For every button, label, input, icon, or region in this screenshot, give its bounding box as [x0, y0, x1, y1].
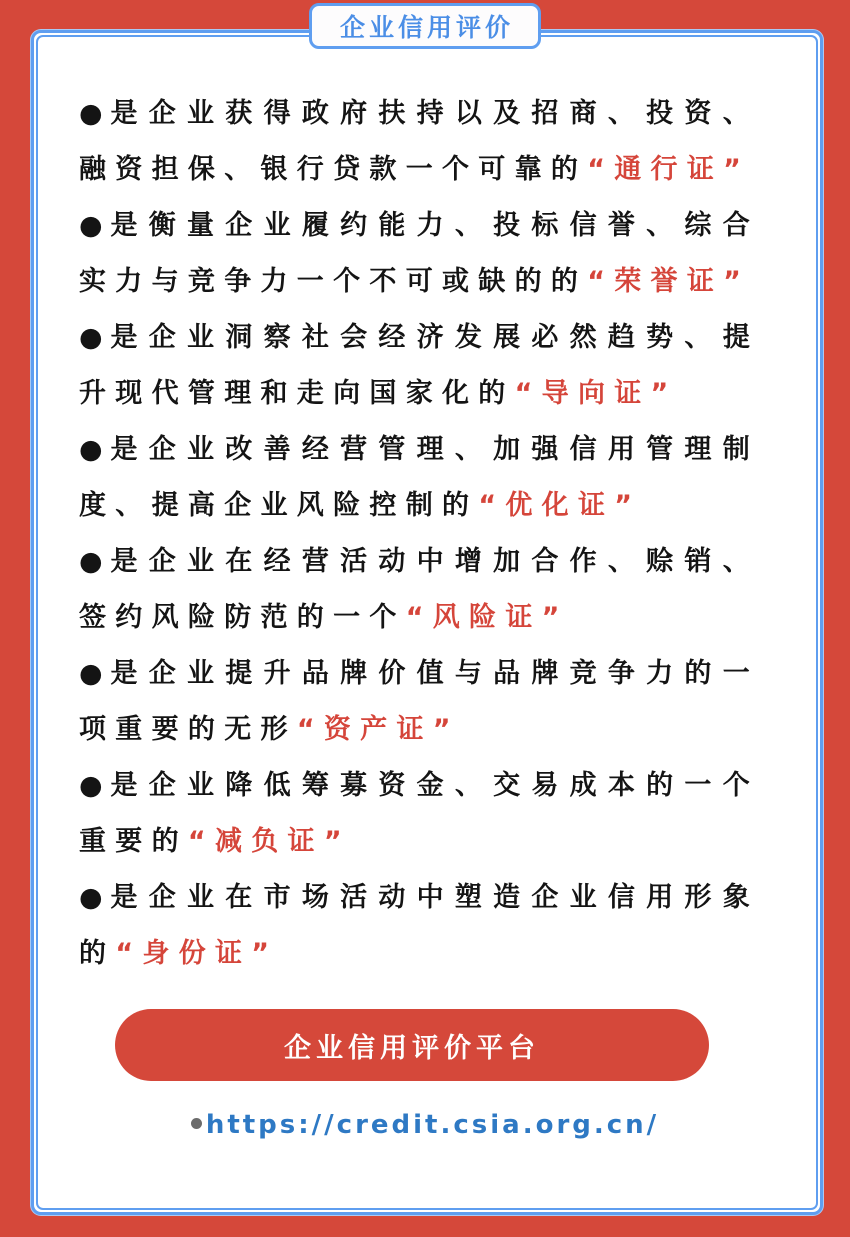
bullet-icon: ●: [79, 98, 105, 129]
bullet-icon: ●: [79, 434, 105, 465]
item-highlight: “风险证”: [406, 602, 569, 633]
bullet-icon: ●: [79, 658, 105, 689]
bullet-icon: ●: [79, 322, 105, 353]
website-link-row: https://credit.csia.org.cn/: [0, 1110, 850, 1140]
item-highlight: “通行证”: [587, 154, 750, 185]
credit-platform-button-label: 企业信用评价平台: [284, 1026, 540, 1065]
benefits-list: ●是企业获得政府扶持以及招商、投资、融资担保、银行贷款一个可靠的“通行证” ●是…: [79, 86, 759, 982]
title-badge: 企业信用评价: [309, 3, 541, 49]
item-text: 是企业降低筹募资金、交易成本的一个重要的: [79, 770, 759, 857]
page-title: 企业信用评价: [336, 8, 514, 44]
item-highlight: “荣誉证”: [587, 266, 750, 297]
list-item: ●是衡量企业履约能力、投标信誉、综合实力与竞争力一个不可或缺的的“荣誉证”: [79, 198, 759, 310]
item-text: 是企业改善经营管理、加强信用管理制度、提高企业风险控制的: [79, 434, 759, 521]
list-item: ●是企业提升品牌价值与品牌竞争力的一项重要的无形“资产证”: [79, 646, 759, 758]
bullet-icon: ●: [79, 882, 105, 913]
item-highlight: “优化证”: [478, 490, 641, 521]
bullet-icon: ●: [79, 546, 105, 577]
item-highlight: “资产证”: [297, 714, 460, 745]
item-highlight: “减负证”: [188, 826, 351, 857]
list-item: ●是企业降低筹募资金、交易成本的一个重要的“减负证”: [79, 758, 759, 870]
list-item: ●是企业获得政府扶持以及招商、投资、融资担保、银行贷款一个可靠的“通行证”: [79, 86, 759, 198]
bullet-icon: ●: [79, 210, 105, 241]
list-item: ●是企业在经营活动中增加合作、赊销、签约风险防范的一个“风险证”: [79, 534, 759, 646]
list-item: ●是企业在市场活动中塑造企业信用形象的“身份证”: [79, 870, 759, 982]
bullet-dot-icon: [191, 1118, 202, 1129]
item-highlight: “身份证”: [115, 938, 278, 969]
item-highlight: “导向证”: [515, 378, 678, 409]
list-item: ●是企业洞察社会经济发展必然趋势、提升现代管理和走向国家化的“导向证”: [79, 310, 759, 422]
website-link[interactable]: https://credit.csia.org.cn/: [206, 1110, 659, 1140]
bullet-icon: ●: [79, 770, 105, 801]
credit-platform-button[interactable]: 企业信用评价平台: [115, 1009, 709, 1081]
list-item: ●是企业改善经营管理、加强信用管理制度、提高企业风险控制的“优化证”: [79, 422, 759, 534]
